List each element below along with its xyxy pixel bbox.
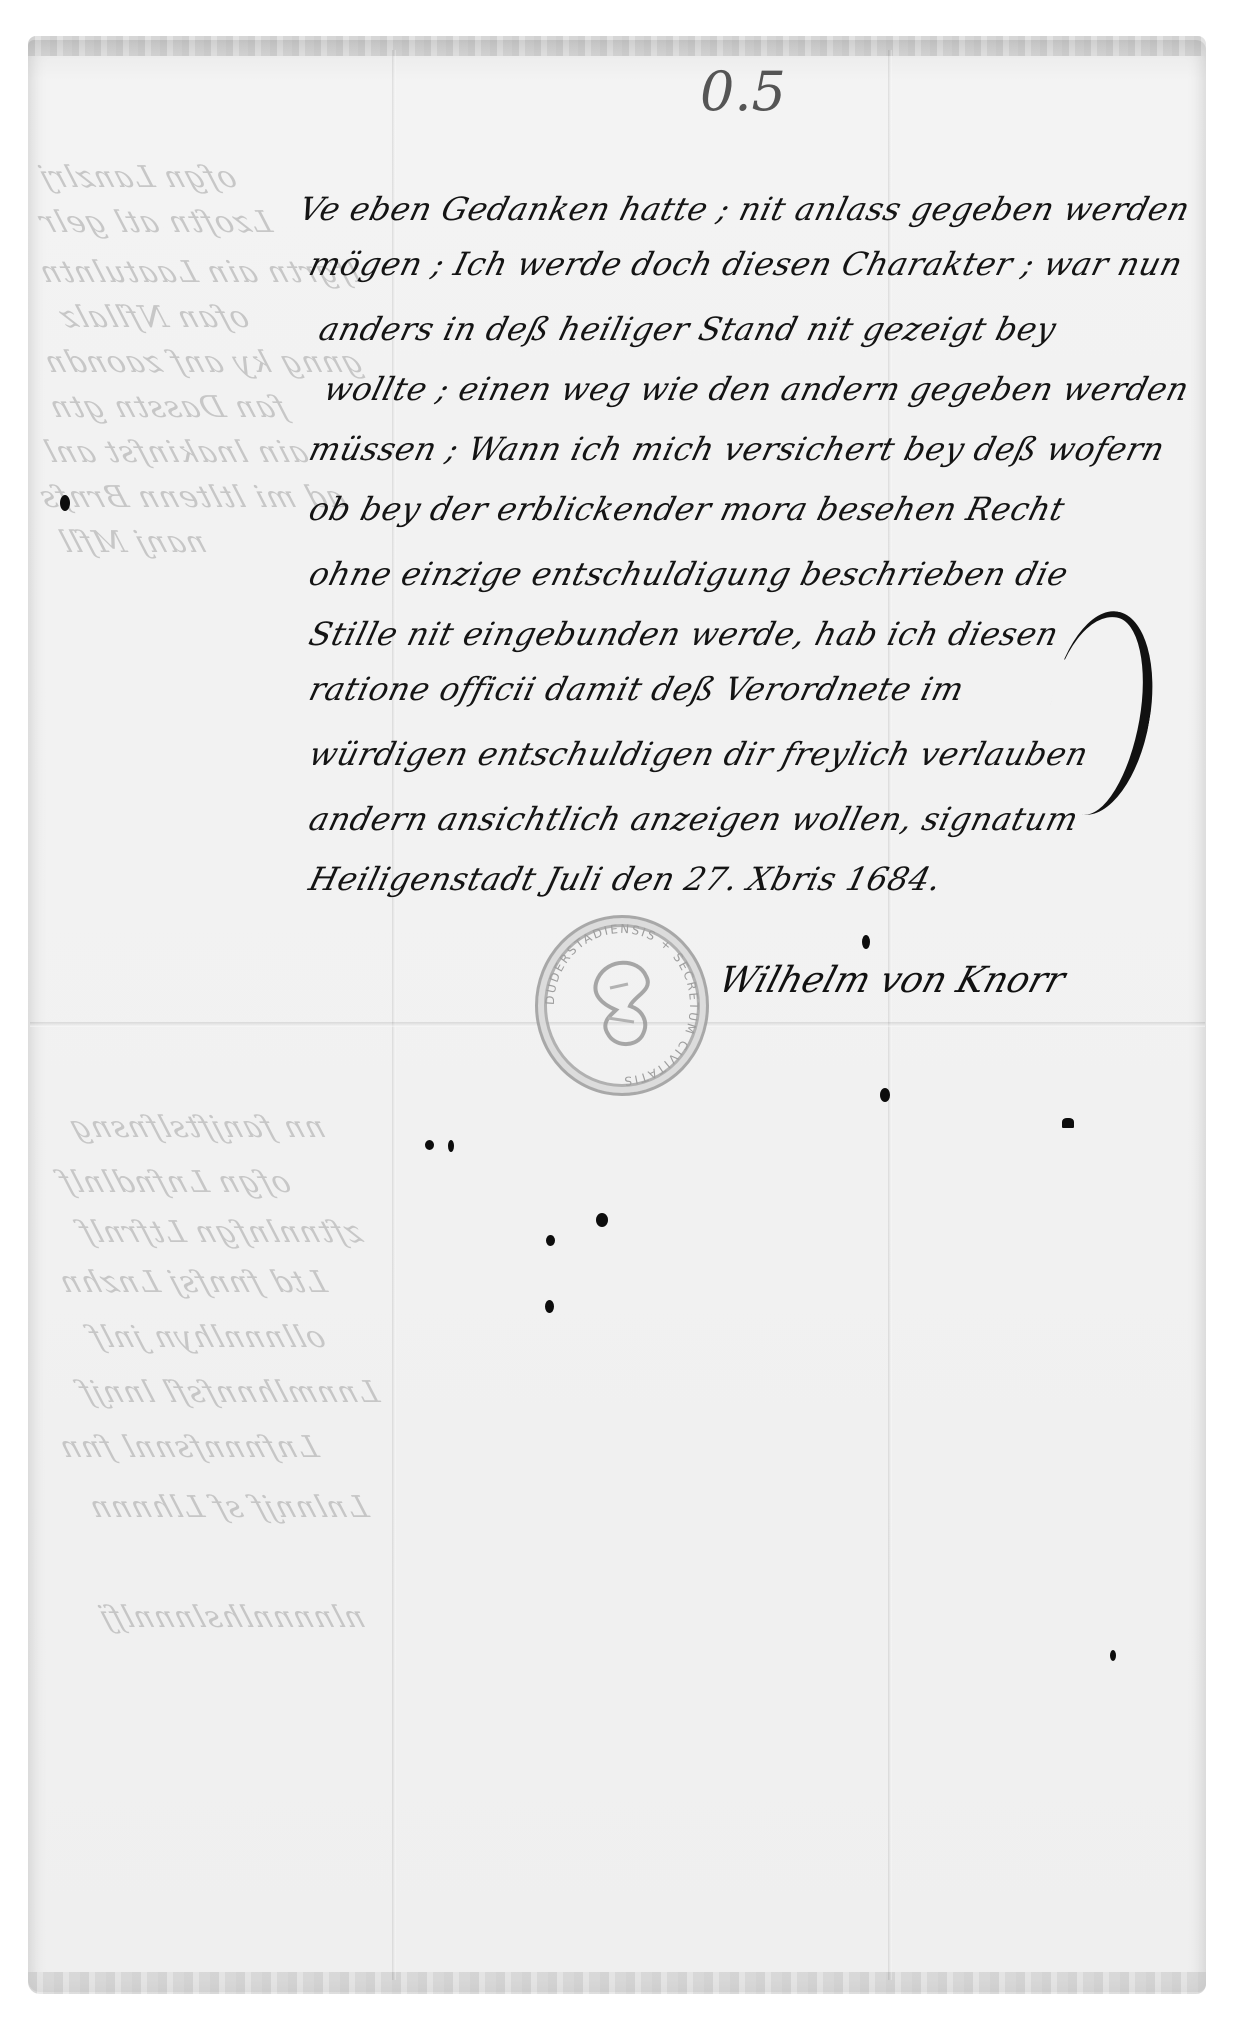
torn-bottom-edge (28, 1972, 1206, 1994)
body-line: andern ansichtlich anzeigen wollen, sign… (305, 800, 1082, 838)
ink-dot (596, 1213, 608, 1227)
ghost-line: ofan Nfllalz (54, 300, 253, 335)
page-mark: 0.5 (700, 60, 786, 123)
ghost-line: gnng ky anf zaondn (39, 345, 367, 380)
ghost-line: Lnlnnjf sf Llhnnn (84, 1490, 373, 1525)
ink-dot (880, 1088, 890, 1102)
body-line: anders in deß heiliger Stand nit gezeigt… (315, 310, 1060, 348)
torn-top-edge (28, 36, 1206, 56)
ink-dot (425, 1140, 434, 1150)
ghost-line: nlnnnnlhslnnnlfj (94, 1600, 369, 1635)
ghost-line: Lnnmlhnnfsfl lnnjf (74, 1375, 383, 1410)
ghost-line: nanj Mfll (54, 525, 211, 560)
ink-dot (545, 1300, 554, 1313)
body-line: mögen ; Ich werde doch diesen Charakter … (305, 245, 1186, 283)
ghost-line: nn fanjftslfnsng (64, 1110, 330, 1145)
ghost-line: ofgn Lnfndlnlf (54, 1165, 295, 1200)
ghost-line: ain lnakinfst anl (39, 435, 313, 470)
ghost-line: fan Dasstn gtn (44, 390, 291, 425)
city-seal-stamp: DUDERSTADIENSIS + SECRETUM CIVITATIS (535, 915, 709, 1096)
ghost-line: ollnnnlhyn jnlf (84, 1320, 330, 1355)
ink-dot (546, 1235, 555, 1246)
ghost-line: zftnnlnfgn Ltfrnlf (74, 1215, 367, 1250)
ink-dot (1062, 1118, 1074, 1128)
body-line: ohne einzige entschuldigung beschrieben … (305, 555, 1072, 593)
body-line: Ve eben Gedanken hatte ; nit anlass gege… (295, 190, 1194, 228)
ink-dot (862, 935, 870, 949)
ghost-line: ofgn Lanzlrj (34, 160, 241, 195)
body-line: Stille nit eingebunden werde, hab ich di… (305, 615, 1062, 653)
body-line: würdigen entschuldigen dir freylich verl… (305, 735, 1092, 773)
body-line: ratione officii damit deß Verordnete im (305, 670, 968, 708)
ink-dot (448, 1140, 454, 1152)
svg-text:DUDERSTADIENSIS + SECRETUM CIV: DUDERSTADIENSIS + SECRETUM CIVITATIS (543, 922, 701, 1088)
date-line: Heiligenstadt Juli den 27. Xbris 1684. (305, 860, 945, 898)
body-line: müssen ; Wann ich mich versichert bey de… (305, 430, 1168, 468)
ghost-line: Lzoftn atl gelr (34, 205, 276, 240)
ghost-line: ad mi ltltenn Brnfs (34, 480, 350, 515)
ink-dot (1110, 1650, 1116, 1661)
lion-emblem-icon: DUDERSTADIENSIS + SECRETUM CIVITATIS (538, 918, 706, 1093)
ghost-line: Ltd fnnfsj Lnzhn (54, 1265, 331, 1300)
signature: Wilhelm von Knorr (714, 960, 1070, 1001)
ghost-line: Lnfnnnfsnnl fnn (54, 1430, 323, 1465)
body-line: wollte ; einen weg wie den andern gegebe… (320, 370, 1193, 408)
ink-dot (60, 495, 70, 511)
body-line: ob bey der erblickender mora besehen Rec… (305, 490, 1069, 528)
